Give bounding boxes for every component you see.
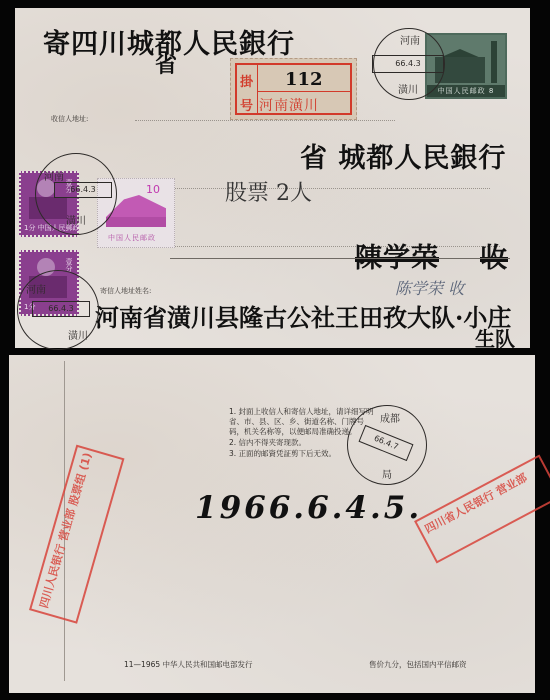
recipient-correction: 省: [155, 48, 177, 79]
postmark-back: 成都 66.4.7 局: [347, 405, 427, 485]
address-line: [170, 246, 500, 247]
department-note: 股票 2人: [225, 176, 312, 207]
divider-line: [170, 258, 510, 259]
recipient-suffix-struck: 收: [480, 236, 508, 275]
postmark-front-left-bottom: 河南 66.4.3 潢川: [17, 270, 99, 350]
sender-address: 河南省潢川县隆古公社王田孜大队·小庄: [95, 298, 511, 333]
address-line: [135, 120, 395, 121]
registration-char-bottom: 号: [240, 95, 253, 114]
registration-char-top: 掛: [240, 71, 253, 90]
back-note-3: 3. 正面的邮資凭証剪下后无效。: [229, 449, 336, 459]
registration-number: 112: [285, 69, 323, 90]
registration-label: 掛 号 112 河南潢川: [230, 58, 357, 120]
back-note-2: 2. 信内不得夹寄现款。: [229, 438, 306, 448]
recipient-name-pencil: 陈学荣 收: [395, 276, 464, 299]
postmark-front-right: 河南 66.4.3 潢川: [373, 28, 445, 100]
envelope-front: 寄四川城都人民銀行 省 掛 号 112 河南潢川 中国人民邮政 8 河南 66.…: [15, 8, 530, 348]
back-note-1c: 码，机关名称等，以便邮局准确投递。: [229, 427, 357, 437]
postmark-front-left-top: 河南 66.4.3 潢川: [35, 153, 117, 235]
address-line: [170, 188, 490, 189]
red-chop-right: 四川省人民银行 营业部: [414, 454, 550, 563]
footer-left: 11—1965 中华人民共和国邮电部发行: [124, 660, 253, 670]
sender-address-cont: 生队: [475, 323, 515, 352]
recipient-label: 收信人地址:: [51, 114, 88, 124]
handwritten-date: 1966.6.4.5.: [195, 490, 422, 526]
back-note-1: 1. 封面上收信人和寄信人地址，请详细写明: [229, 407, 374, 417]
postmark-date: 66.4.3: [372, 55, 444, 73]
recipient-line-2: 省 城都人民銀行: [300, 136, 506, 175]
imprint-value: 8: [489, 87, 494, 95]
recipient-name-struck: 陳学荣: [355, 236, 439, 275]
back-note-1b: 省、市、县、区、乡、街道名称、门牌号: [229, 417, 364, 427]
footer-right: 售价九分，包括国内平信邮资: [369, 660, 467, 670]
registration-place: 河南潢川: [259, 95, 319, 115]
red-chop-left: 四川人民银行 营业部 股票组 (1): [29, 445, 124, 624]
imprint-caption: 中国人民邮政: [438, 87, 486, 95]
sender-label: 寄信人地址姓名:: [100, 286, 151, 296]
